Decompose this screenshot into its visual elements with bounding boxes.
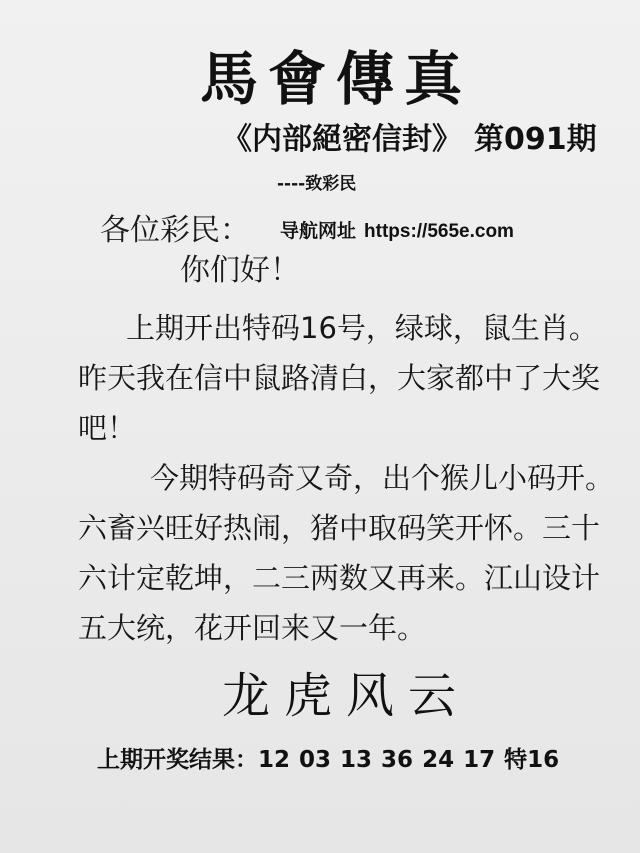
navigation-link[interactable]: 导航网址https://565e.com (280, 222, 514, 241)
subtitle-label: 内部絕密信封 (252, 122, 432, 157)
fax-document: 馬會傳真 《内部絕密信封》第091期 ----致彩民 各位彩民： 导航网址htt… (0, 0, 640, 853)
signature-line: ----致彩民 (277, 176, 356, 193)
result-number: 36 (381, 747, 413, 773)
result-label: 上期开奖结果： (97, 747, 258, 773)
close-bracket: 》 (432, 122, 462, 157)
greeting: 各位彩民： (100, 216, 250, 246)
special-number: 16 (527, 747, 559, 773)
navigation-label: 导航网址 (280, 221, 356, 242)
hello-line: 你们好！ (180, 256, 300, 286)
result-number: 12 (258, 747, 290, 773)
letter-body: 上期开出特码16号，绿球，鼠生肖。昨天我在信中鼠路清白，大家都中了大奖吧！ 今期… (78, 303, 618, 653)
special-label: 特 (504, 747, 527, 773)
result-number: 24 (422, 747, 454, 773)
slogan: 龙虎风云 (222, 672, 470, 720)
issue-number: 第091期 (474, 122, 597, 157)
document-title: 馬會傳真 (200, 50, 472, 108)
document-subtitle: 《内部絕密信封》第091期 (222, 125, 597, 155)
paragraph-previous-result: 上期开出特码16号，绿球，鼠生肖。昨天我在信中鼠路清白，大家都中了大奖吧！ (78, 303, 618, 453)
result-number: 03 (299, 747, 331, 773)
result-numbers: 120313362417 (258, 747, 495, 773)
result-number: 17 (463, 747, 495, 773)
paragraph-current-hint: 今期特码奇又奇，出个猴儿小码开。六畜兴旺好热闹，猪中取码笑开怀。三十六计定乾坤，… (78, 453, 618, 653)
last-draw-result: 上期开奖结果：120313362417特16 (97, 749, 559, 772)
result-number: 13 (340, 747, 372, 773)
navigation-url[interactable]: https://565e.com (364, 221, 514, 242)
open-bracket: 《 (222, 122, 252, 157)
